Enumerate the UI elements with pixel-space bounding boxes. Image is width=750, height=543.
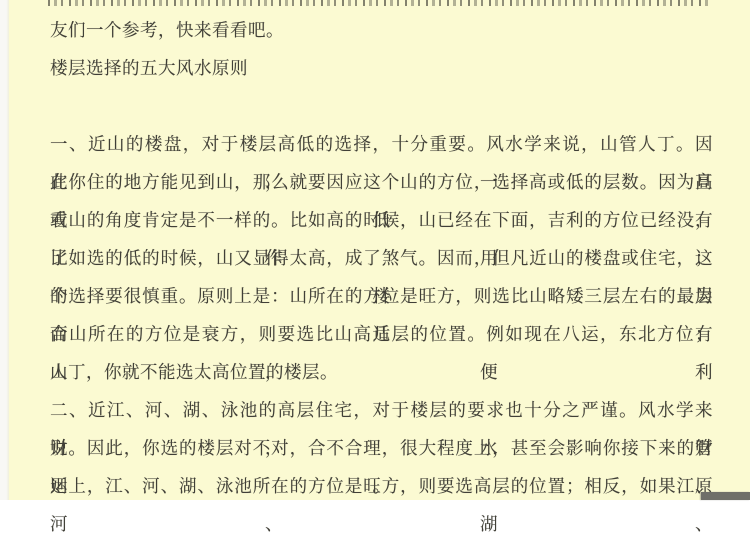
page-left-margin-strip	[0, 0, 9, 500]
blank-line	[50, 87, 713, 125]
article-text-block: 友们一个参考，快来看看吧。楼层选择的五大风水原则一、近山的楼盘，对于楼层高低的选…	[50, 11, 713, 500]
body-line: 看山的角度肯定是不一样的。比如高的时候，山已经在下面，吉利的方位已经没有了作用；	[50, 201, 713, 239]
body-line: 一、近山的楼盘，对于楼层高低的选择，十分重要。风水学来说，山管人丁。因此，一旦	[50, 125, 713, 163]
body-line: 比如选的低的时候，山又显得太高，成了煞气。因而，但凡近山的楼盘或住宅，这个楼层	[50, 239, 713, 277]
body-line: 财。因此，你选的楼层对不对，合不合理，很大程度上，甚至会影响你接下来的财运。原	[50, 429, 713, 467]
intro-line: 友们一个参考，快来看看吧。	[50, 11, 713, 49]
body-line: 而山所在的方位是衰方，则要选比山高几层的位置。例如现在八运，东北方位有山，便利	[50, 315, 713, 353]
scanned-article-page: 友们一个参考，快来看看吧。楼层选择的五大风水原则一、近山的楼盘，对于楼层高低的选…	[0, 0, 750, 500]
bottom-right-dark-bar	[701, 492, 750, 500]
clipped-text-line-top	[48, 0, 712, 6]
body-line: 在你住的地方能见到山，那么就要因应这个山的方位，选择高或低的层数。因为高或低，	[50, 163, 713, 201]
body-line: 二、近江、河、湖、泳池的高层住宅，对于楼层的要求也十分之严谨。风水学来说，水管	[50, 391, 713, 429]
section-title: 楼层选择的五大风水原则	[50, 49, 713, 87]
body-line: 则上，江、河、湖、泳池所在的方位是旺方，则要选高层的位置；相反，如果江、河、湖、	[50, 467, 713, 500]
body-line: 的选择要很慎重。原则上是：山所在的方位是旺方，则选比山略矮三层左右的最为合适；	[50, 277, 713, 315]
